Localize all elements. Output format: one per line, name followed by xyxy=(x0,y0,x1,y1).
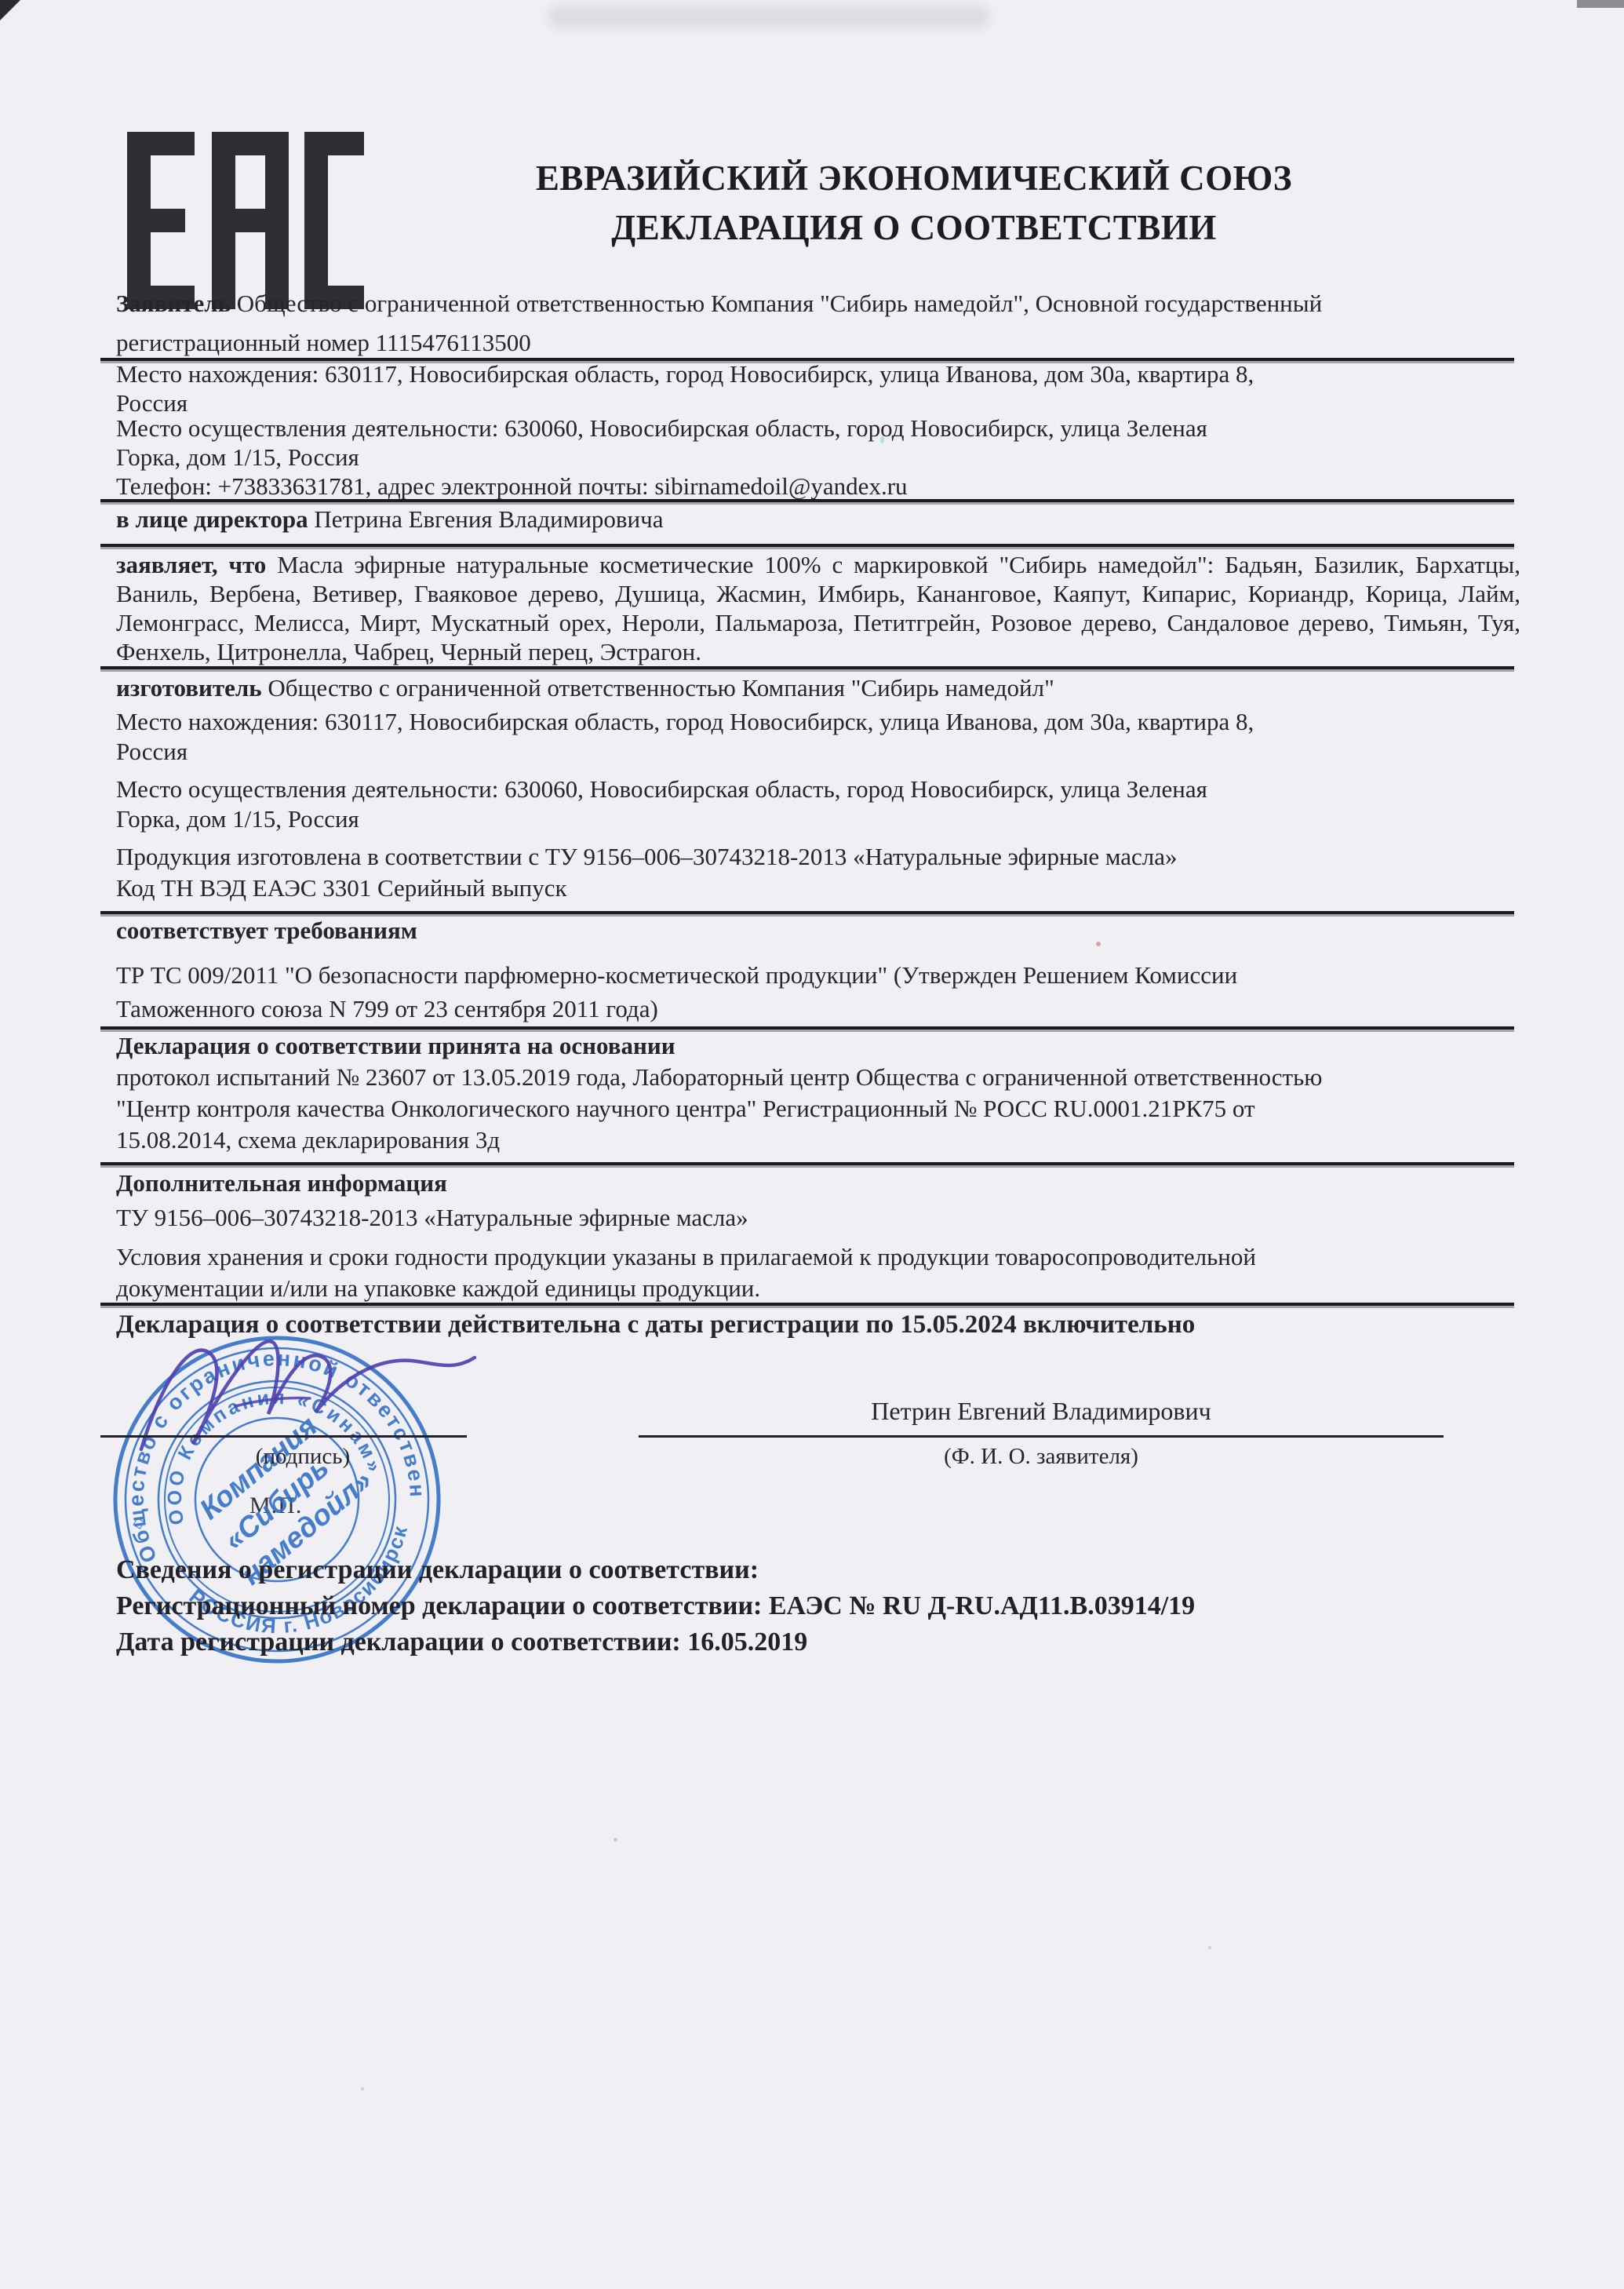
applicant-activity-address: Место осуществления деятельности: 630060… xyxy=(116,414,1277,472)
section-rule xyxy=(100,911,1514,914)
director-name: Петрина Евгения Владимировича xyxy=(314,505,663,533)
applicant-label: Заявитель xyxy=(116,290,231,317)
signature-line xyxy=(100,1435,467,1438)
title-declaration: ДЕКЛАРАЦИЯ О СООТВЕТСТВИИ xyxy=(377,203,1451,253)
applicant-fullname: Петрин Евгений Владимирович xyxy=(633,1397,1449,1426)
title-union: ЕВРАЗИЙСКИЙ ЭКОНОМИЧЕСКИЙ СОЮЗ xyxy=(377,154,1451,203)
compliance-label: соответствует требованиям xyxy=(116,916,1450,945)
eac-logo xyxy=(127,132,364,309)
compliance-text: ТР ТС 009/2011 "О безопасности парфюмерн… xyxy=(116,958,1293,1026)
signature-caption: (подпись) xyxy=(185,1444,421,1470)
registration-number-line: Регистрационный номер декларации о соотв… xyxy=(116,1591,1195,1621)
fio-line xyxy=(639,1435,1444,1438)
registration-header: Сведения о регистрации декларации о соот… xyxy=(116,1555,759,1585)
additional-info-tu: ТУ 9156–006–30743218-2013 «Натуральные э… xyxy=(116,1203,1450,1232)
applicant-address: Место нахождения: 630117, Новосибирская … xyxy=(116,359,1277,417)
tnved-code: Код ТН ВЭД ЕАЭС 3301 Серийный выпуск xyxy=(116,873,1450,902)
declaration-subject: заявляет, что Масла эфирные натуральные … xyxy=(116,550,1520,666)
additional-info-label: Дополнительная информация xyxy=(116,1168,1450,1197)
section-rule xyxy=(100,544,1514,547)
applicant-phone-email: Телефон: +73833631781, адрес электронной… xyxy=(116,472,1371,501)
document-title: ЕВРАЗИЙСКИЙ ЭКОНОМИЧЕСКИЙ СОЮЗ ДЕКЛАРАЦИ… xyxy=(377,154,1451,253)
manufacturer-activity-address: Место осуществления деятельности: 630060… xyxy=(116,775,1277,834)
section-rule xyxy=(100,499,1514,502)
director-label: в лице директора xyxy=(116,505,308,533)
additional-info-storage: Условия хранения и сроки годности продук… xyxy=(116,1241,1293,1304)
registration-date-line: Дата регистрации декларации о соответств… xyxy=(116,1627,807,1657)
production-standard: Продукция изготовлена в соответствии с Т… xyxy=(116,842,1450,871)
manufacturer-label: изготовитель xyxy=(116,674,262,702)
director-line: в лице директора Петрина Евгения Владими… xyxy=(116,505,1450,534)
registration-number-value: ЕАЭС № RU Д-RU.АД11.В.03914/19 xyxy=(769,1591,1195,1620)
declaration-document: ЕВРАЗИЙСКИЙ ЭКОНОМИЧЕСКИЙ СОЮЗ ДЕКЛАРАЦИ… xyxy=(0,0,1624,2289)
section-rule xyxy=(100,1026,1514,1030)
bleedthrough-smudge xyxy=(549,5,989,28)
basis-text: протокол испытаний № 23607 от 13.05.2019… xyxy=(116,1062,1340,1156)
scan-speck xyxy=(361,2087,364,2090)
eac-logo-icon xyxy=(127,132,364,309)
declares-text: Масла эфирные натуральные косметические … xyxy=(116,551,1520,665)
section-rule xyxy=(100,666,1514,669)
basis-label: Декларация о соответствии принята на осн… xyxy=(116,1031,1450,1060)
registration-date-value: 16.05.2019 xyxy=(687,1627,807,1657)
scan-speck xyxy=(614,1838,617,1842)
section-rule xyxy=(100,1162,1514,1165)
section-rule xyxy=(100,1303,1514,1306)
applicant-paragraph: Заявитель Общество с ограниченной ответс… xyxy=(116,284,1450,363)
manufacturer-line: изготовитель Общество с ограниченной отв… xyxy=(116,673,1450,702)
registration-date-label: Дата регистрации декларации о соответств… xyxy=(116,1627,681,1657)
scan-speck xyxy=(1208,1946,1211,1949)
declares-label: заявляет, что xyxy=(116,551,266,578)
applicant-text: Общество с ограниченной ответственностью… xyxy=(116,290,1322,356)
scan-edge-artifact xyxy=(1577,0,1624,8)
registration-number-label: Регистрационный номер декларации о соотв… xyxy=(116,1591,762,1620)
scan-corner-artifact xyxy=(0,0,20,20)
manufacturer-address: Место нахождения: 630117, Новосибирская … xyxy=(116,707,1277,767)
fio-caption: (Ф. И. О. заявителя) xyxy=(688,1444,1394,1470)
manufacturer-text: Общество с ограниченной ответственностью… xyxy=(268,674,1054,702)
